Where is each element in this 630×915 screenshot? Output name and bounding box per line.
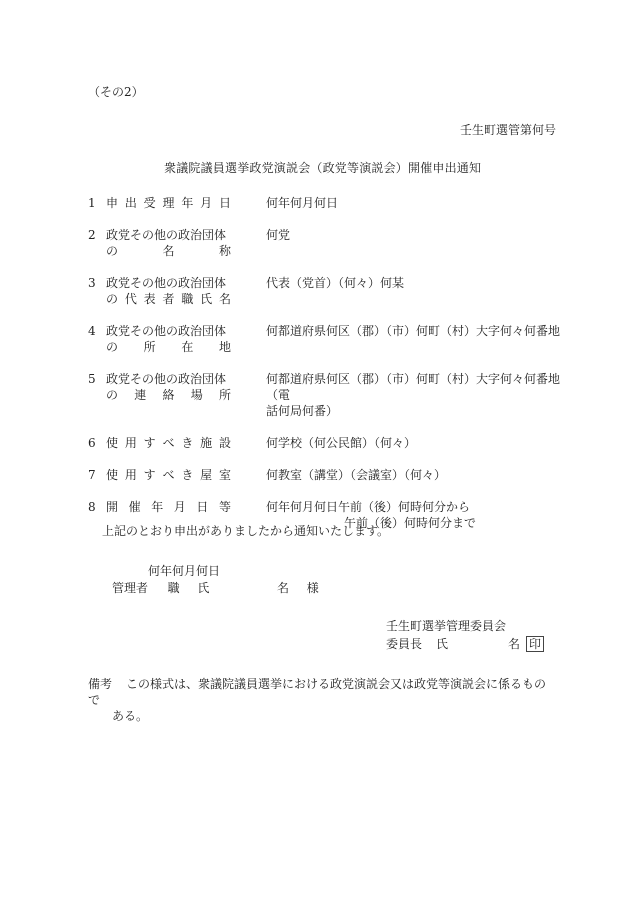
item-label: 使用すべき屋室 (106, 467, 266, 483)
item-label-char: 使 (106, 435, 118, 451)
item-label-char: 月 (174, 499, 186, 515)
item-label-char: 政党その他の政治団体 (106, 227, 226, 243)
notice-text: 上記のとおり申出がありましたから通知いたします。 (102, 523, 389, 539)
addressee-prefix: 管理者 (112, 580, 148, 596)
item-label-char: 用 (125, 467, 137, 483)
form-number: （その2） (88, 84, 144, 100)
item-label-char: 地 (219, 339, 231, 355)
item-label-char: 月 (200, 195, 212, 211)
item-row: 2政党その他の政治団体の名称何党 (88, 227, 568, 259)
chair-name-2: 名 (508, 637, 520, 651)
item-label-char: 名 (219, 291, 231, 307)
item-label: 政党その他の政治団体の代表者職氏名 (106, 275, 266, 307)
document-title: 衆議院議員選挙政党演説会（政党等演説会）開催申出通知 (164, 160, 481, 176)
item-label-char: 催 (129, 499, 141, 515)
item-label-char: 出 (125, 195, 137, 211)
item-label-char: 所 (219, 387, 231, 403)
item-label-char: 等 (219, 499, 231, 515)
item-label-char: の (106, 387, 118, 403)
item-label: 申出受理年月日 (106, 195, 266, 211)
item-label-char: 在 (181, 339, 193, 355)
item-row: 4政党その他の政治団体の所在地何都道府県何区（郡）（市）何町（村）大字何々何番地 (88, 323, 568, 355)
item-label-char: 者 (162, 291, 174, 307)
item-number: 2 (88, 227, 106, 259)
item-label-char: 称 (219, 243, 231, 259)
item-list: 1申出受理年月日何年何月何日2政党その他の政治団体の名称何党3政党その他の政治団… (88, 195, 568, 547)
item-value: 何学校（何公民館）（何々） (266, 435, 568, 451)
item-label: 政党その他の政治団体の名称 (106, 227, 266, 259)
notice-date: 何年何月何日 (148, 563, 220, 579)
addressee-suffix: 様 (307, 580, 319, 596)
item-number: 6 (88, 435, 106, 451)
item-value-line: 何教室（講堂）（会議室）（何々） (266, 467, 568, 483)
item-value: 何党 (266, 227, 568, 259)
item-label-char: き (181, 435, 193, 451)
item-row: 6使用すべき施設何学校（何公民館）（何々） (88, 435, 568, 451)
item-label: 政党その他の政治団体の所在地 (106, 323, 266, 355)
item-label-char: 政党その他の政治団体 (106, 371, 226, 387)
item-value: 代表（党首）（何々）何某 (266, 275, 568, 307)
item-label-char: す (144, 435, 156, 451)
item-label-char: の (106, 243, 118, 259)
item-label-char: す (144, 467, 156, 483)
chair-title: 委員長 (386, 637, 422, 651)
item-value-line: 何都道府県何区（郡）（市）何町（村）大字何々何番地（電 (266, 371, 568, 403)
item-label-char: 室 (219, 467, 231, 483)
item-label-char: 氏 (200, 291, 212, 307)
item-label-char: 理 (162, 195, 174, 211)
item-label: 使用すべき施設 (106, 435, 266, 451)
item-label-char: 政党その他の政治団体 (106, 275, 226, 291)
item-value-line: 何年何月何日午前（後）何時何分から (266, 499, 568, 515)
addressee-name-2: 名 (277, 580, 289, 596)
item-label-char: 所 (144, 339, 156, 355)
item-label-char: 年 (181, 195, 193, 211)
item-row: 1申出受理年月日何年何月何日 (88, 195, 568, 211)
item-label-char: 施 (200, 435, 212, 451)
item-label-char: 表 (144, 291, 156, 307)
sender-committee: 壬生町選挙管理委員会 (386, 618, 506, 634)
item-label-char: 申 (106, 195, 118, 211)
remarks-text-2: ある。 (88, 708, 558, 724)
item-label-char: 職 (181, 291, 193, 307)
item-label-char: 日 (219, 195, 231, 211)
addressee-title: 職 (168, 580, 180, 596)
item-row: 5政党その他の政治団体の連絡場所何都道府県何区（郡）（市）何町（村）大字何々何番… (88, 371, 568, 419)
seal-stamp: 印 (526, 636, 544, 652)
item-number: 1 (88, 195, 106, 211)
item-number: 3 (88, 275, 106, 307)
document-number: 壬生町選管第何号 (460, 122, 556, 138)
item-label-char: べ (162, 467, 174, 483)
remarks-label: 備考 (88, 677, 112, 691)
item-label-char: 屋 (200, 467, 212, 483)
item-value-line: 話何局何番） (266, 403, 568, 419)
item-label-char: 用 (125, 435, 137, 451)
item-value-line: 何年何月何日 (266, 195, 568, 211)
remarks-text-1: この様式は、衆議院議員選挙における政党演説会又は政党等演説会に係るもので (88, 677, 546, 707)
item-label-char: 場 (191, 387, 203, 403)
item-label-char: 年 (151, 499, 163, 515)
item-label-char: 日 (196, 499, 208, 515)
item-value-line: 代表（党首）（何々）何某 (266, 275, 568, 291)
item-value: 何教室（講堂）（会議室）（何々） (266, 467, 568, 483)
item-row: 3政党その他の政治団体の代表者職氏名代表（党首）（何々）何某 (88, 275, 568, 307)
remarks: 備考この様式は、衆議院議員選挙における政党演説会又は政党等演説会に係るもので あ… (88, 676, 558, 724)
item-value-line: 何党 (266, 227, 568, 243)
item-row: 7使用すべき屋室何教室（講堂）（会議室）（何々） (88, 467, 568, 483)
addressee: 管理者 職 氏 名 様 (112, 580, 319, 596)
item-number: 5 (88, 371, 106, 419)
item-label-char: 代 (125, 291, 137, 307)
item-label-char: 絡 (162, 387, 174, 403)
item-value-line: 何都道府県何区（郡）（市）何町（村）大字何々何番地 (266, 323, 568, 339)
item-label-char: 設 (219, 435, 231, 451)
item-number: 7 (88, 467, 106, 483)
item-value: 何年何月何日 (266, 195, 568, 211)
item-number: 4 (88, 323, 106, 355)
item-label-char: 受 (144, 195, 156, 211)
item-label-char: 開 (106, 499, 118, 515)
item-label-char: 使 (106, 467, 118, 483)
item-label-char: 連 (134, 387, 146, 403)
chair-name-1: 氏 (436, 637, 448, 651)
item-value: 何都道府県何区（郡）（市）何町（村）大字何々何番地（電話何局何番） (266, 371, 568, 419)
item-label-char: べ (162, 435, 174, 451)
item-label-char: 政党その他の政治団体 (106, 323, 226, 339)
addressee-name-1: 氏 (197, 580, 209, 596)
item-label-char: の (106, 291, 118, 307)
item-label-char: の (106, 339, 118, 355)
item-label-char: き (181, 467, 193, 483)
item-value: 何都道府県何区（郡）（市）何町（村）大字何々何番地 (266, 323, 568, 355)
sender-chair: 委員長氏名印 (386, 636, 544, 652)
item-label: 政党その他の政治団体の連絡場所 (106, 371, 266, 419)
item-value-line: 何学校（何公民館）（何々） (266, 435, 568, 451)
item-label-char: 名 (162, 243, 174, 259)
